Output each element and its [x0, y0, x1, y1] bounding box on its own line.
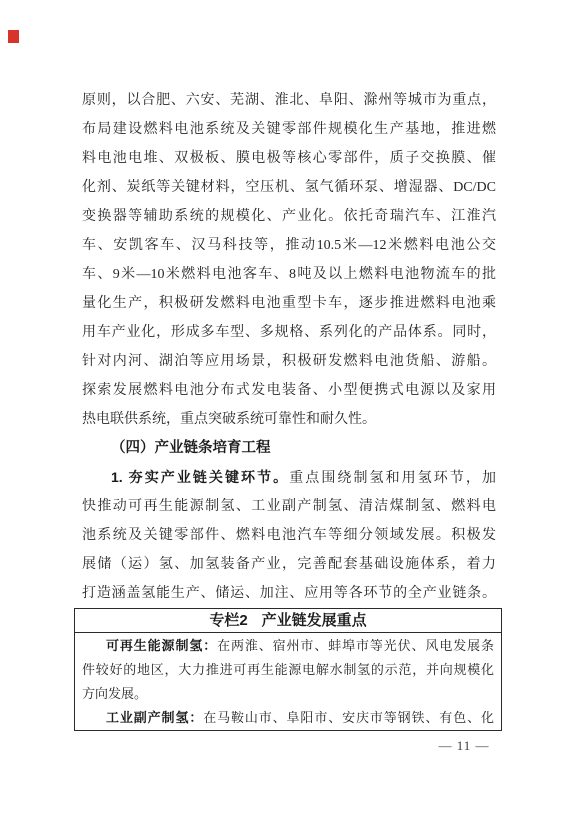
- red-square-marker: [8, 30, 19, 43]
- body-text-line: 针对内河、湖泊等应用场景，积极研发燃料电池货船、游船。: [82, 347, 496, 376]
- body-text-line: 探索发展燃料电池分布式发电装备、小型便携式电源以及家用: [82, 376, 496, 405]
- panel-text-line: 工业副产制氢：在马鞍山市、阜阳市、安庆市等钢铁、有色、化: [82, 706, 494, 730]
- panel-row-label: 可再生能源制氢：: [106, 638, 217, 653]
- panel-title-number: 专栏2: [209, 612, 247, 629]
- panel-text-line: 方向发展。: [82, 682, 494, 706]
- section-heading: （四）产业链条培育工程: [82, 434, 496, 463]
- body-text-line: 原则，以合肥、六安、芜湖、淮北、阜阳、滁州等城市为重点，: [82, 86, 496, 115]
- document-page: 原则，以合肥、六安、芜湖、淮北、阜阳、滁州等城市为重点， 布局建设燃料电池系统及…: [0, 0, 578, 818]
- body-text-line: 1. 夯实产业链关键环节。重点围绕制氢和用氢环节，加: [82, 463, 496, 492]
- body-text-line: 量化生产，积极研发燃料电池重型卡车，逐步推进燃料电池乘: [82, 289, 496, 318]
- panel-text-line: 件较好的地区，大力推进可再生能源电解水制氢的示范，并向规模化: [82, 658, 494, 682]
- body-text-line: 布局建设燃料电池系统及关键零部件规模化生产基地，推进燃: [82, 115, 496, 144]
- body-text-line: 车、9米—10米燃料电池客车、8吨及以上燃料电池物流车的批: [82, 260, 496, 289]
- body-text-line: 池系统及关键零部件、燃料电池汽车等细分领域发展。积极发: [82, 521, 496, 550]
- body-text-line: 化剂、炭纸等关键材料，空压机、氢气循环泵、增湿器、DC/DC: [82, 173, 496, 202]
- body-text-line: 展储（运）氢、加氢装备产业，完善配套基础设施体系，着力: [82, 550, 496, 579]
- body-text-line: 快推动可再生能源制氢、工业副产制氢、清洁煤制氢、燃料电: [82, 492, 496, 521]
- panel-row-label: 工业副产制氢：: [106, 710, 203, 725]
- body-text-line: 料电池电堆、双极板、膜电极等核心零部件，质子交换膜、催: [82, 144, 496, 173]
- paragraph-lead-bold: 1. 夯实产业链关键环节。: [111, 469, 289, 485]
- body-text-line: 热电联供系统，重点突破系统可靠性和耐久性。: [82, 405, 496, 434]
- section-heading-text: （四）产业链条培育工程: [111, 440, 271, 456]
- paragraph-lead-rest: 重点围绕制氢和用氢环节，加: [289, 471, 496, 486]
- page-number: — 11 —: [420, 738, 508, 754]
- panel-row-text: 在马鞍山市、阜阳市、安庆市等钢铁、有色、化: [203, 710, 494, 725]
- panel-body: 可再生能源制氢：在两淮、宿州市、蚌埠市等光伏、风电发展条 件较好的地区，大力推进…: [75, 633, 501, 730]
- body-text-line: 变换器等辅助系统的规模化、产业化。依托奇瑞汽车、江淮汽: [82, 202, 496, 231]
- body-text-column: 原则，以合肥、六安、芜湖、淮北、阜阳、滁州等城市为重点， 布局建设燃料电池系统及…: [82, 86, 496, 608]
- body-text-line: 用车产业化，形成多车型、多规格、系列化的产品体系。同时，: [82, 318, 496, 347]
- panel-title-text: 产业链发展重点: [262, 612, 367, 629]
- column-panel: 专栏2产业链发展重点 可再生能源制氢：在两淮、宿州市、蚌埠市等光伏、风电发展条 …: [74, 608, 502, 731]
- body-text-line: 车、安凯客车、汉马科技等，推动10.5米—12米燃料电池公交: [82, 231, 496, 260]
- panel-row-text: 在两淮、宿州市、蚌埠市等光伏、风电发展条: [217, 638, 494, 653]
- panel-title: 专栏2产业链发展重点: [75, 609, 501, 633]
- body-text-line: 打造涵盖氢能生产、储运、加注、应用等各环节的全产业链条。: [82, 579, 496, 608]
- panel-text-line: 可再生能源制氢：在两淮、宿州市、蚌埠市等光伏、风电发展条: [82, 634, 494, 658]
